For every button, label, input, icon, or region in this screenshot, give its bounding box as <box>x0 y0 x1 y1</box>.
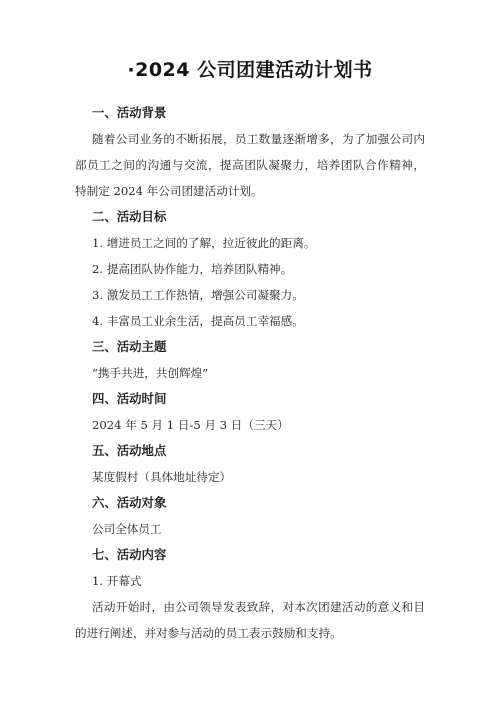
list-item: 4. 丰富员工业余生活，提高员工幸福感。 <box>75 308 425 334</box>
list-item: 2. 提高团队协作能力，培养团队精神。 <box>75 256 425 282</box>
paragraph-line: 部员工之间的沟通与交流，提高团队凝聚力，培养团队合作精神， <box>75 152 425 178</box>
section-heading-participants: 六、活动对象 <box>75 490 425 516</box>
subitem-opening-ceremony: 1. 开幕式 <box>75 568 425 594</box>
list-item: 3. 激发员工工作热情，增强公司凝聚力。 <box>75 282 425 308</box>
section-content-line: 公司全体员工 <box>75 516 425 542</box>
section-heading-background: 一、活动背景 <box>75 100 425 126</box>
section-content-line: 2024 年 5 月 1 日-5 月 3 日（三天） <box>75 412 425 438</box>
document-title: ·2024 公司团建活动计划书 <box>75 57 425 84</box>
document-body: 一、活动背景 随着公司业务的不断拓展，员工数量逐渐增多，为了加强公司内 部员工之… <box>75 100 425 646</box>
section-heading-goals: 二、活动目标 <box>75 204 425 230</box>
section-heading-time: 四、活动时间 <box>75 386 425 412</box>
section-heading-content: 七、活动内容 <box>75 542 425 568</box>
document-page: ·2024 公司团建活动计划书 一、活动背景 随着公司业务的不断拓展，员工数量逐… <box>0 0 500 707</box>
section-heading-theme: 三、活动主题 <box>75 334 425 360</box>
section-content-line: “携手共进，共创辉煌” <box>75 360 425 386</box>
paragraph-line: 的进行阐述，并对参与活动的员工表示鼓励和支持。 <box>75 620 425 646</box>
paragraph-line: 特制定 2024 年公司团建活动计划。 <box>75 178 425 204</box>
list-item: 1. 增进员工之间的了解，拉近彼此的距离。 <box>75 230 425 256</box>
section-content-line: 某度假村（具体地址待定） <box>75 464 425 490</box>
paragraph-line: 活动开始时，由公司领导发表致辞，对本次团建活动的意义和目 <box>75 594 425 620</box>
paragraph-line: 随着公司业务的不断拓展，员工数量逐渐增多，为了加强公司内 <box>75 126 425 152</box>
section-heading-location: 五、活动地点 <box>75 438 425 464</box>
